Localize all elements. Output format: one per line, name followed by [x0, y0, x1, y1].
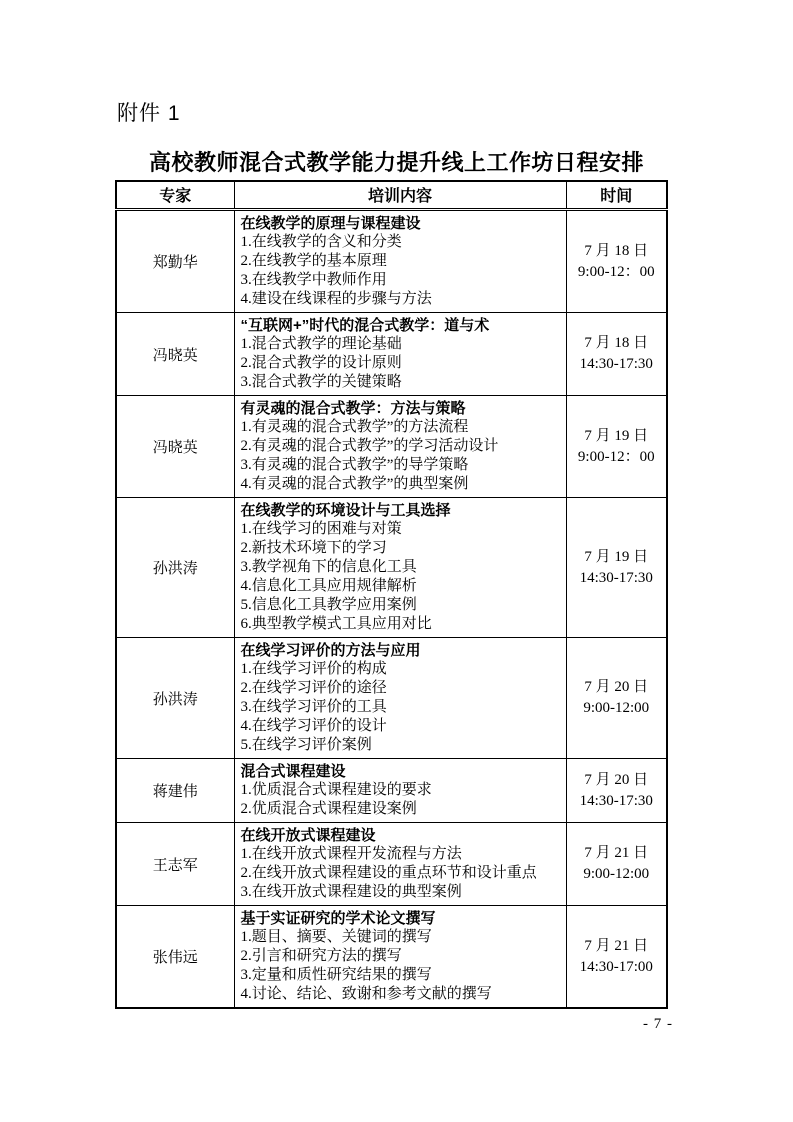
session-time: 9:00-12:00 — [568, 864, 666, 885]
expert-name: 郑勤华 — [116, 210, 234, 313]
topic-item: 3.在线教学中教师作用 — [241, 271, 560, 290]
table-header-row: 专家 培训内容 时间 — [116, 181, 667, 210]
expert-name: 冯晓英 — [116, 313, 234, 396]
session-time-cell: 7 月 21 日14:30-17:00 — [566, 906, 667, 1009]
session-time: 9:00-12：00 — [568, 262, 666, 283]
topic-item: 3.混合式教学的关键策略 — [241, 373, 560, 392]
topic-title: 在线开放式课程建设 — [241, 826, 560, 845]
topic-item: 3.教学视角下的信息化工具 — [241, 558, 560, 577]
session-time-cell: 7 月 19 日9:00-12：00 — [566, 396, 667, 498]
expert-name: 王志军 — [116, 823, 234, 906]
col-header-expert: 专家 — [116, 181, 234, 210]
session-date: 7 月 21 日 — [568, 843, 666, 864]
topic-item: 3.在线开放式课程建设的典型案例 — [241, 883, 560, 902]
topic-item: 4.在线学习评价的设计 — [241, 717, 560, 736]
col-header-time: 时间 — [566, 181, 667, 210]
topic-item: 2.混合式教学的设计原则 — [241, 354, 560, 373]
session-date: 7 月 18 日 — [568, 333, 666, 354]
topic-item: 2.在线学习评价的途径 — [241, 679, 560, 698]
session-time: 14:30-17:00 — [568, 957, 666, 978]
topic-item: 4.讨论、结论、致谢和参考文献的撰写 — [241, 985, 560, 1004]
topic-item: 3.定量和质性研究结果的撰写 — [241, 966, 560, 985]
topic-item: 1.题目、摘要、关键词的撰写 — [241, 928, 560, 947]
schedule-row: 孙洪涛在线教学的环境设计与工具选择1.在线学习的困难与对策2.新技术环境下的学习… — [116, 498, 667, 638]
schedule-row: 孙洪涛在线学习评价的方法与应用1.在线学习评价的构成2.在线学习评价的途径3.在… — [116, 638, 667, 759]
topic-item: 1.有灵魂的混合式教学”的方法流程 — [241, 418, 560, 437]
topic-item: 4.有灵魂的混合式教学”的典型案例 — [241, 475, 560, 494]
training-content-cell: 在线学习评价的方法与应用1.在线学习评价的构成2.在线学习评价的途径3.在线学习… — [234, 638, 566, 759]
expert-name: 张伟远 — [116, 906, 234, 1009]
schedule-row: 冯晓英“互联网+”时代的混合式教学：道与术1.混合式教学的理论基础2.混合式教学… — [116, 313, 667, 396]
topic-title: 混合式课程建设 — [241, 762, 560, 781]
schedule-row: 蒋建伟混合式课程建设1.优质混合式课程建设的要求2.优质混合式课程建设案例7 月… — [116, 759, 667, 823]
training-content-cell: 在线教学的环境设计与工具选择1.在线学习的困难与对策2.新技术环境下的学习3.教… — [234, 498, 566, 638]
session-time-cell: 7 月 20 日9:00-12:00 — [566, 638, 667, 759]
training-content-cell: 混合式课程建设1.优质混合式课程建设的要求2.优质混合式课程建设案例 — [234, 759, 566, 823]
schedule-table-body: 郑勤华在线教学的原理与课程建设1.在线教学的含义和分类2.在线教学的基本原理3.… — [116, 210, 667, 1009]
topic-item: 2.有灵魂的混合式教学”的学习活动设计 — [241, 437, 560, 456]
expert-name: 冯晓英 — [116, 396, 234, 498]
schedule-row: 冯晓英有灵魂的混合式教学：方法与策略1.有灵魂的混合式教学”的方法流程2.有灵魂… — [116, 396, 667, 498]
session-date: 7 月 19 日 — [568, 547, 666, 568]
topic-item: 6.典型教学模式工具应用对比 — [241, 615, 560, 634]
topic-item: 4.建设在线课程的步骤与方法 — [241, 290, 560, 309]
session-date: 7 月 19 日 — [568, 426, 666, 447]
col-header-content: 培训内容 — [234, 181, 566, 210]
topic-title: 基于实证研究的学术论文撰写 — [241, 909, 560, 928]
attachment-label: 附件 1 — [117, 97, 181, 127]
session-time-cell: 7 月 18 日9:00-12：00 — [566, 210, 667, 313]
topic-item: 1.在线学习的困难与对策 — [241, 520, 560, 539]
session-time-cell: 7 月 20 日14:30-17:30 — [566, 759, 667, 823]
session-time: 14:30-17:30 — [568, 354, 666, 375]
topic-item: 3.在线学习评价的工具 — [241, 698, 560, 717]
schedule-row: 张伟远基于实证研究的学术论文撰写1.题目、摘要、关键词的撰写2.引言和研究方法的… — [116, 906, 667, 1009]
topic-title: 在线学习评价的方法与应用 — [241, 641, 560, 660]
expert-name: 蒋建伟 — [116, 759, 234, 823]
training-content-cell: 有灵魂的混合式教学：方法与策略1.有灵魂的混合式教学”的方法流程2.有灵魂的混合… — [234, 396, 566, 498]
document-page: 附件 1 高校教师混合式教学能力提升线上工作坊日程安排 专家 培训内容 时间 郑… — [0, 0, 793, 1122]
schedule-row: 王志军在线开放式课程建设1.在线开放式课程开发流程与方法2.在线开放式课程建设的… — [116, 823, 667, 906]
expert-name: 孙洪涛 — [116, 638, 234, 759]
topic-title: “互联网+”时代的混合式教学：道与术 — [241, 316, 560, 335]
schedule-row: 郑勤华在线教学的原理与课程建设1.在线教学的含义和分类2.在线教学的基本原理3.… — [116, 210, 667, 313]
session-date: 7 月 21 日 — [568, 936, 666, 957]
topic-item: 1.在线教学的含义和分类 — [241, 233, 560, 252]
topic-item: 1.在线学习评价的构成 — [241, 660, 560, 679]
training-content-cell: 基于实证研究的学术论文撰写1.题目、摘要、关键词的撰写2.引言和研究方法的撰写3… — [234, 906, 566, 1009]
topic-item: 2.在线开放式课程建设的重点环节和设计重点 — [241, 864, 560, 883]
topic-item: 1.在线开放式课程开发流程与方法 — [241, 845, 560, 864]
topic-item: 1.混合式教学的理论基础 — [241, 335, 560, 354]
session-date: 7 月 18 日 — [568, 241, 666, 262]
topic-item: 1.优质混合式课程建设的要求 — [241, 781, 560, 800]
page-number: - 7 - — [630, 1016, 686, 1033]
topic-item: 3.有灵魂的混合式教学”的导学策略 — [241, 456, 560, 475]
expert-name: 孙洪涛 — [116, 498, 234, 638]
topic-item: 2.在线教学的基本原理 — [241, 252, 560, 271]
session-date: 7 月 20 日 — [568, 770, 666, 791]
topic-item: 4.信息化工具应用规律解析 — [241, 577, 560, 596]
session-time-cell: 7 月 21 日9:00-12:00 — [566, 823, 667, 906]
session-date: 7 月 20 日 — [568, 677, 666, 698]
topic-item: 5.信息化工具教学应用案例 — [241, 596, 560, 615]
schedule-table: 专家 培训内容 时间 郑勤华在线教学的原理与课程建设1.在线教学的含义和分类2.… — [115, 180, 668, 1009]
session-time: 14:30-17:30 — [568, 568, 666, 589]
topic-title: 有灵魂的混合式教学：方法与策略 — [241, 399, 560, 418]
training-content-cell: 在线开放式课程建设1.在线开放式课程开发流程与方法2.在线开放式课程建设的重点环… — [234, 823, 566, 906]
topic-title: 在线教学的原理与课程建设 — [241, 214, 560, 233]
topic-item: 2.引言和研究方法的撰写 — [241, 947, 560, 966]
training-content-cell: “互联网+”时代的混合式教学：道与术1.混合式教学的理论基础2.混合式教学的设计… — [234, 313, 566, 396]
topic-title: 在线教学的环境设计与工具选择 — [241, 501, 560, 520]
session-time-cell: 7 月 19 日14:30-17:30 — [566, 498, 667, 638]
page-title: 高校教师混合式教学能力提升线上工作坊日程安排 — [0, 146, 793, 177]
session-time: 9:00-12：00 — [568, 447, 666, 468]
topic-item: 5.在线学习评价案例 — [241, 736, 560, 755]
training-content-cell: 在线教学的原理与课程建设1.在线教学的含义和分类2.在线教学的基本原理3.在线教… — [234, 210, 566, 313]
session-time: 9:00-12:00 — [568, 698, 666, 719]
topic-item: 2.优质混合式课程建设案例 — [241, 800, 560, 819]
session-time-cell: 7 月 18 日14:30-17:30 — [566, 313, 667, 396]
topic-item: 2.新技术环境下的学习 — [241, 539, 560, 558]
session-time: 14:30-17:30 — [568, 791, 666, 812]
